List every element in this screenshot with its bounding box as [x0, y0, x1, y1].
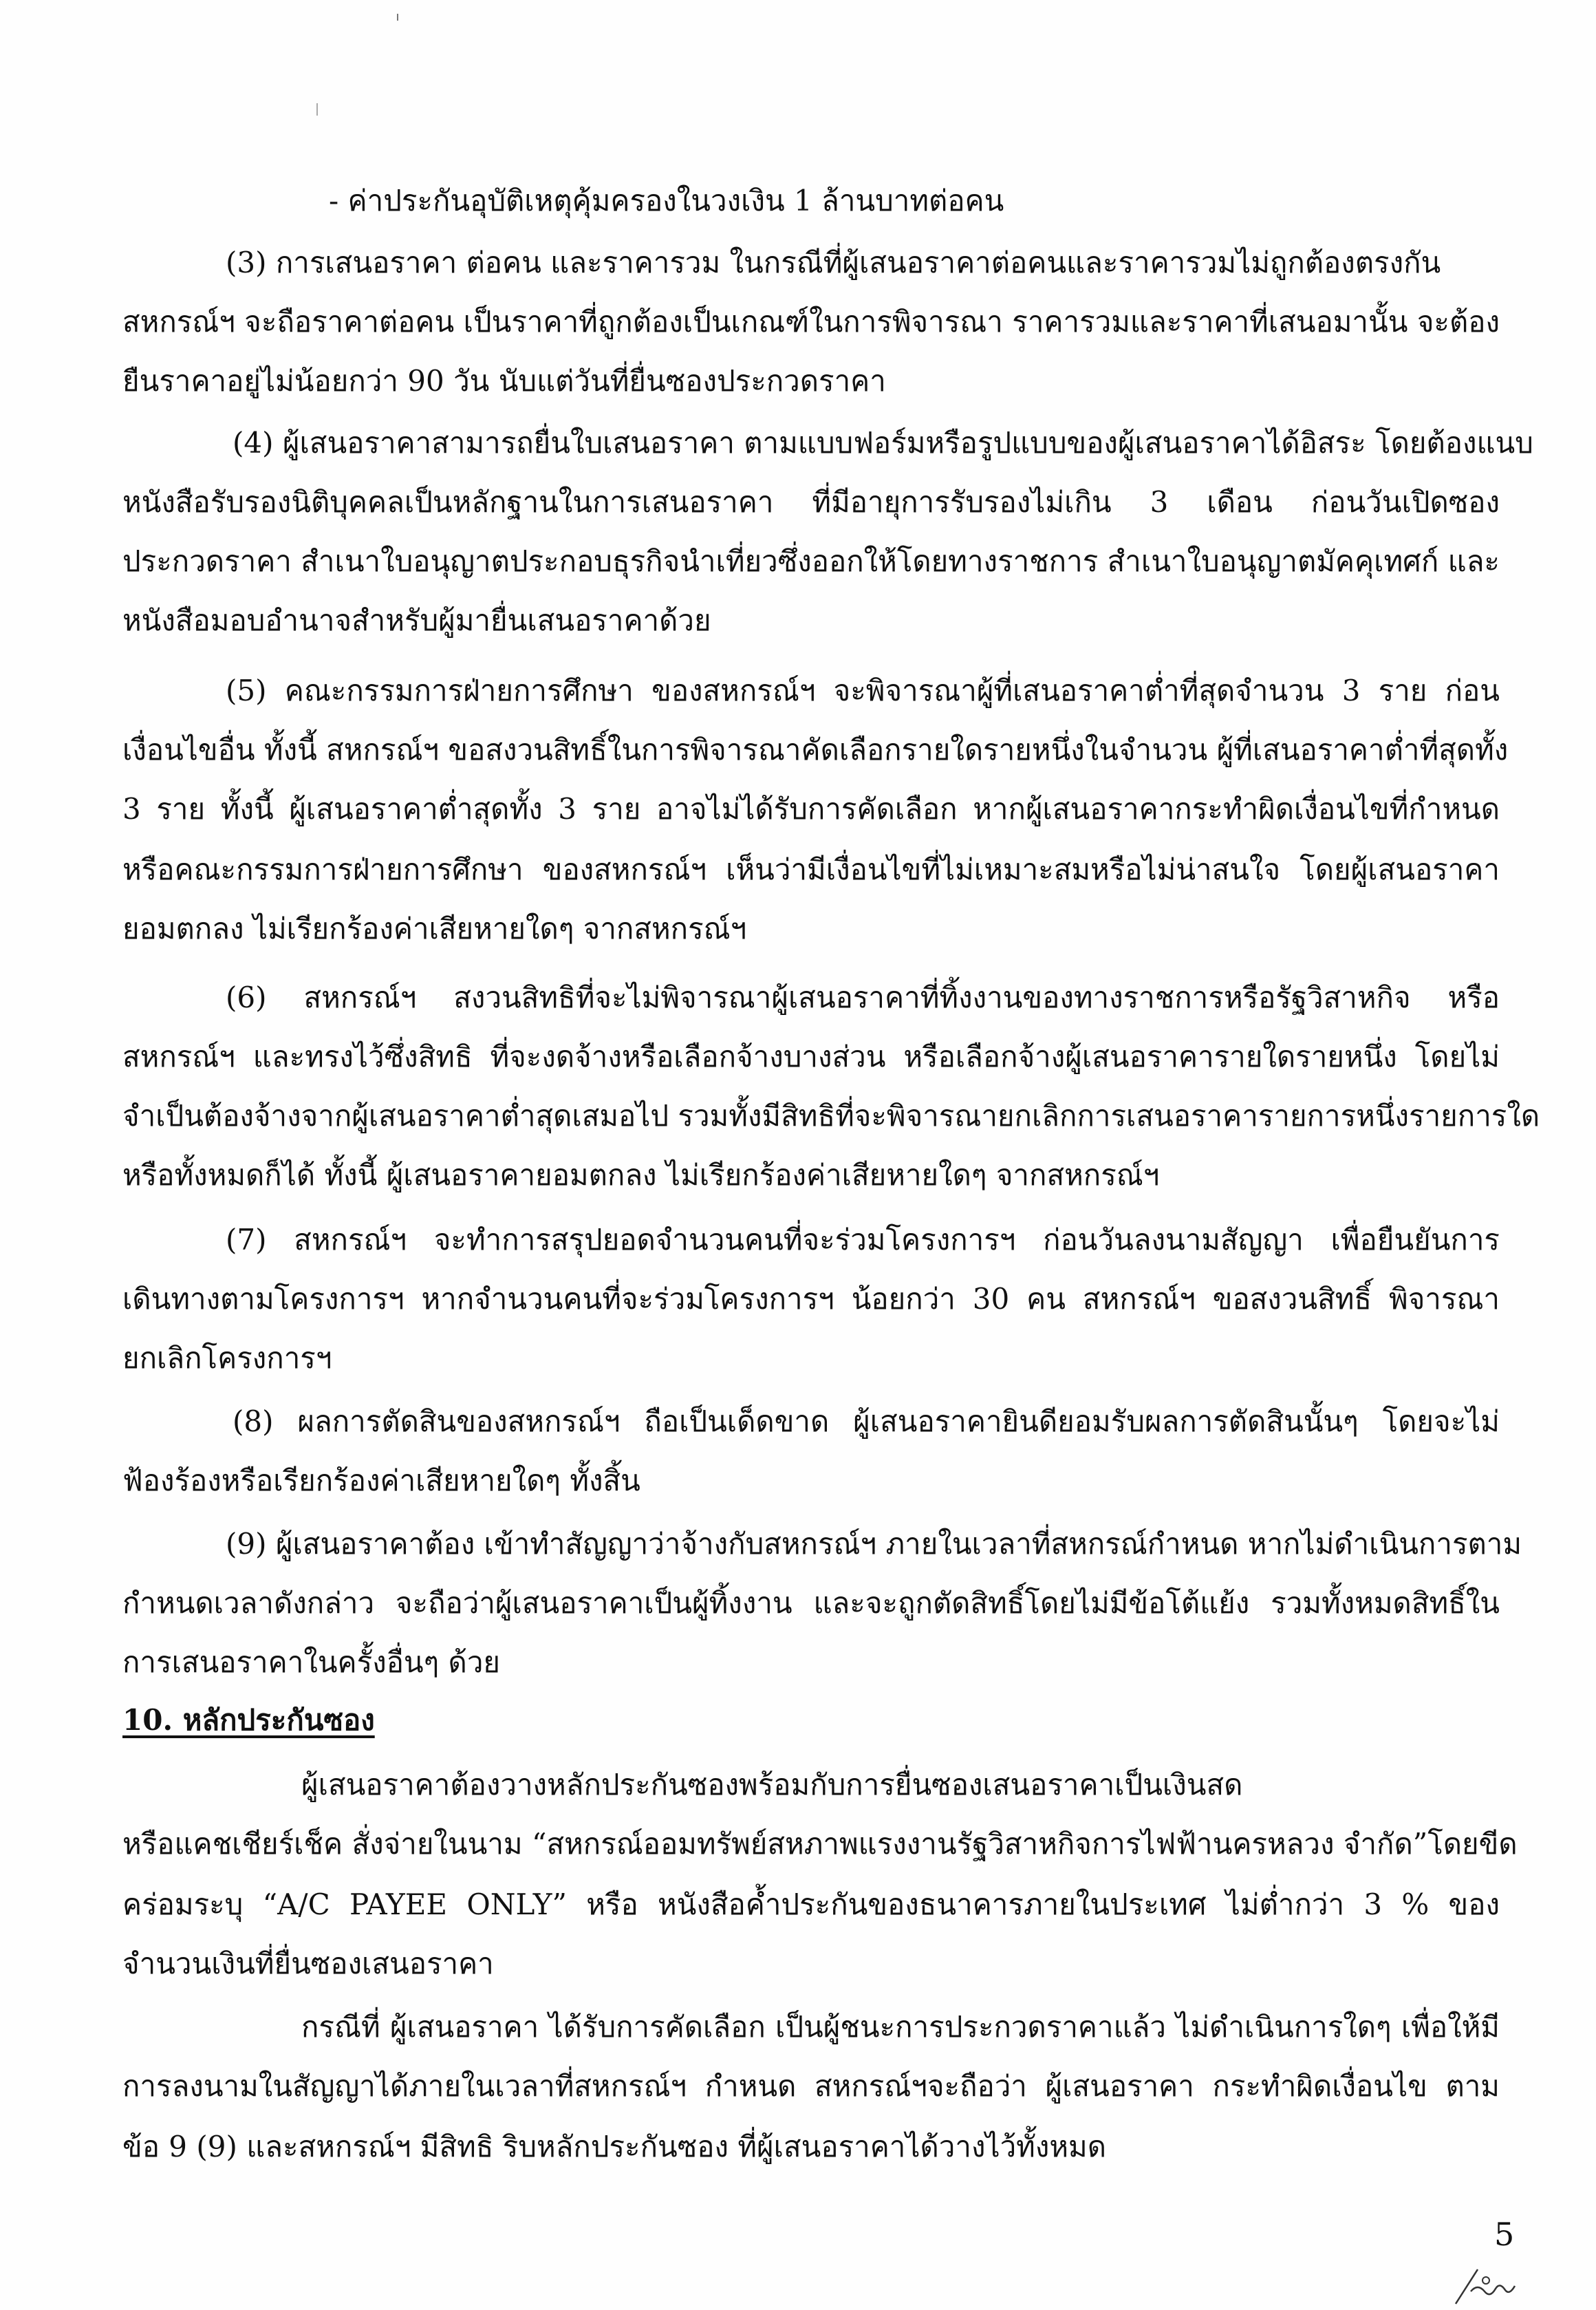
text-line: (9) ผู้เสนอราคาต้อง เข้าทำสัญญาว่าจ้างกั… — [226, 1523, 1500, 1565]
text-line: (4) ผู้เสนอราคาสามารถยื่นใบเสนอราคา ตามแ… — [233, 423, 1500, 464]
section-heading: 10. หลักประกันซอง — [122, 1700, 1500, 1741]
text-line: เงื่อนไขอื่น ทั้งนี้ สหกรณ์ฯ ขอสงวนสิทธิ… — [122, 729, 1500, 771]
text-line: คร่อมระบุ “A/C PAYEE ONLY” หรือ หนังสือค… — [122, 1884, 1500, 1925]
text-line: ประกวดราคา สำเนาใบอนุญาตประกอบธุรกิจนำเท… — [122, 541, 1500, 582]
text-line: จำเป็นต้องจ้างจากผู้เสนอราคาต่ำสุดเสมอไป… — [122, 1095, 1500, 1137]
signature-initials-icon — [1450, 2264, 1526, 2305]
text-line: หรือแคชเชียร์เช็ค สั่งจ่ายในนาม “สหกรณ์อ… — [122, 1824, 1500, 1865]
text-line: หนังสือรับรองนิติบุคคลเป็นหลักฐานในการเส… — [122, 482, 1500, 523]
text-line: ข้อ 9 (9) และสหกรณ์ฯ มีสิทธิ ริบหลักประก… — [122, 2126, 1500, 2168]
text-line: สหกรณ์ฯ จะถือราคาต่อคน เป็นราคาที่ถูกต้อ… — [122, 301, 1500, 343]
text-line: เดินทางตามโครงการฯ หากจำนวนคนที่จะร่วมโค… — [122, 1279, 1500, 1320]
text-line: ยืนราคาอยู่ไม่น้อยกว่า 90 วัน นับแต่วันท… — [122, 361, 1500, 402]
text-line: การลงนามในสัญญาได้ภายในเวลาที่สหกรณ์ฯ กำ… — [122, 2066, 1500, 2107]
scan-speck — [316, 103, 318, 116]
text-line: จำนวนเงินที่ยื่นซองเสนอราคา — [122, 1943, 1500, 1985]
text-line: (8) ผลการตัดสินของสหกรณ์ฯ ถือเป็นเด็ดขาด… — [233, 1401, 1500, 1442]
text-line: (6) สหกรณ์ฯ สงวนสิทธิที่จะไม่พิจารณาผู้เ… — [226, 977, 1500, 1018]
document-page: - ค่าประกันอุบัติเหตุคุ้มครองในวงเงิน 1 … — [0, 0, 1596, 2310]
text-line: หรือทั้งหมดก็ได้ ทั้งนี้ ผู้เสนอราคายอมต… — [122, 1155, 1500, 1196]
text-line: - ค่าประกันอุบัติเหตุคุ้มครองในวงเงิน 1 … — [329, 180, 1500, 222]
text-line: หรือคณะกรรมการฝ่ายการศึกษา ของสหกรณ์ฯ เห… — [122, 849, 1500, 890]
text-line: ฟ้องร้องหรือเรียกร้องค่าเสียหายใดๆ ทั้งส… — [122, 1460, 1500, 1501]
text-line: (3) การเสนอราคา ต่อคน และราคารวม ในกรณีท… — [226, 242, 1500, 284]
scan-speck — [397, 14, 398, 21]
text-line: 3 ราย ทั้งนี้ ผู้เสนอราคาต่ำสุดทั้ง 3 รา… — [122, 789, 1500, 830]
text-line: ยกเลิกโครงการฯ — [122, 1338, 1500, 1379]
text-line: (5) คณะกรรมการฝ่ายการศึกษา ของสหกรณ์ฯ จะ… — [226, 670, 1500, 712]
text-line: กรณีที่ ผู้เสนอราคา ได้รับการคัดเลือก เป… — [301, 2007, 1500, 2048]
text-line: ผู้เสนอราคาต้องวางหลักประกันซองพร้อมกับก… — [301, 1764, 1500, 1806]
text-line: การเสนอราคาในครั้งอื่นๆ ด้วย — [122, 1642, 1500, 1683]
page-number: 5 — [1494, 2216, 1514, 2253]
text-line: กำหนดเวลาดังกล่าว จะถือว่าผู้เสนอราคาเป็… — [122, 1583, 1500, 1624]
text-line: สหกรณ์ฯ และทรงไว้ซึ่งสิทธิ ที่จะงดจ้างหร… — [122, 1036, 1500, 1078]
text-line: (7) สหกรณ์ฯ จะทำการสรุปยอดจำนวนคนที่จะร่… — [226, 1219, 1500, 1261]
text-line: ยอมตกลง ไม่เรียกร้องค่าเสียหายใดๆ จากสหก… — [122, 908, 1500, 950]
text-line: หนังสือมอบอำนาจสำหรับผู้มายื่นเสนอราคาด้… — [122, 600, 1500, 641]
